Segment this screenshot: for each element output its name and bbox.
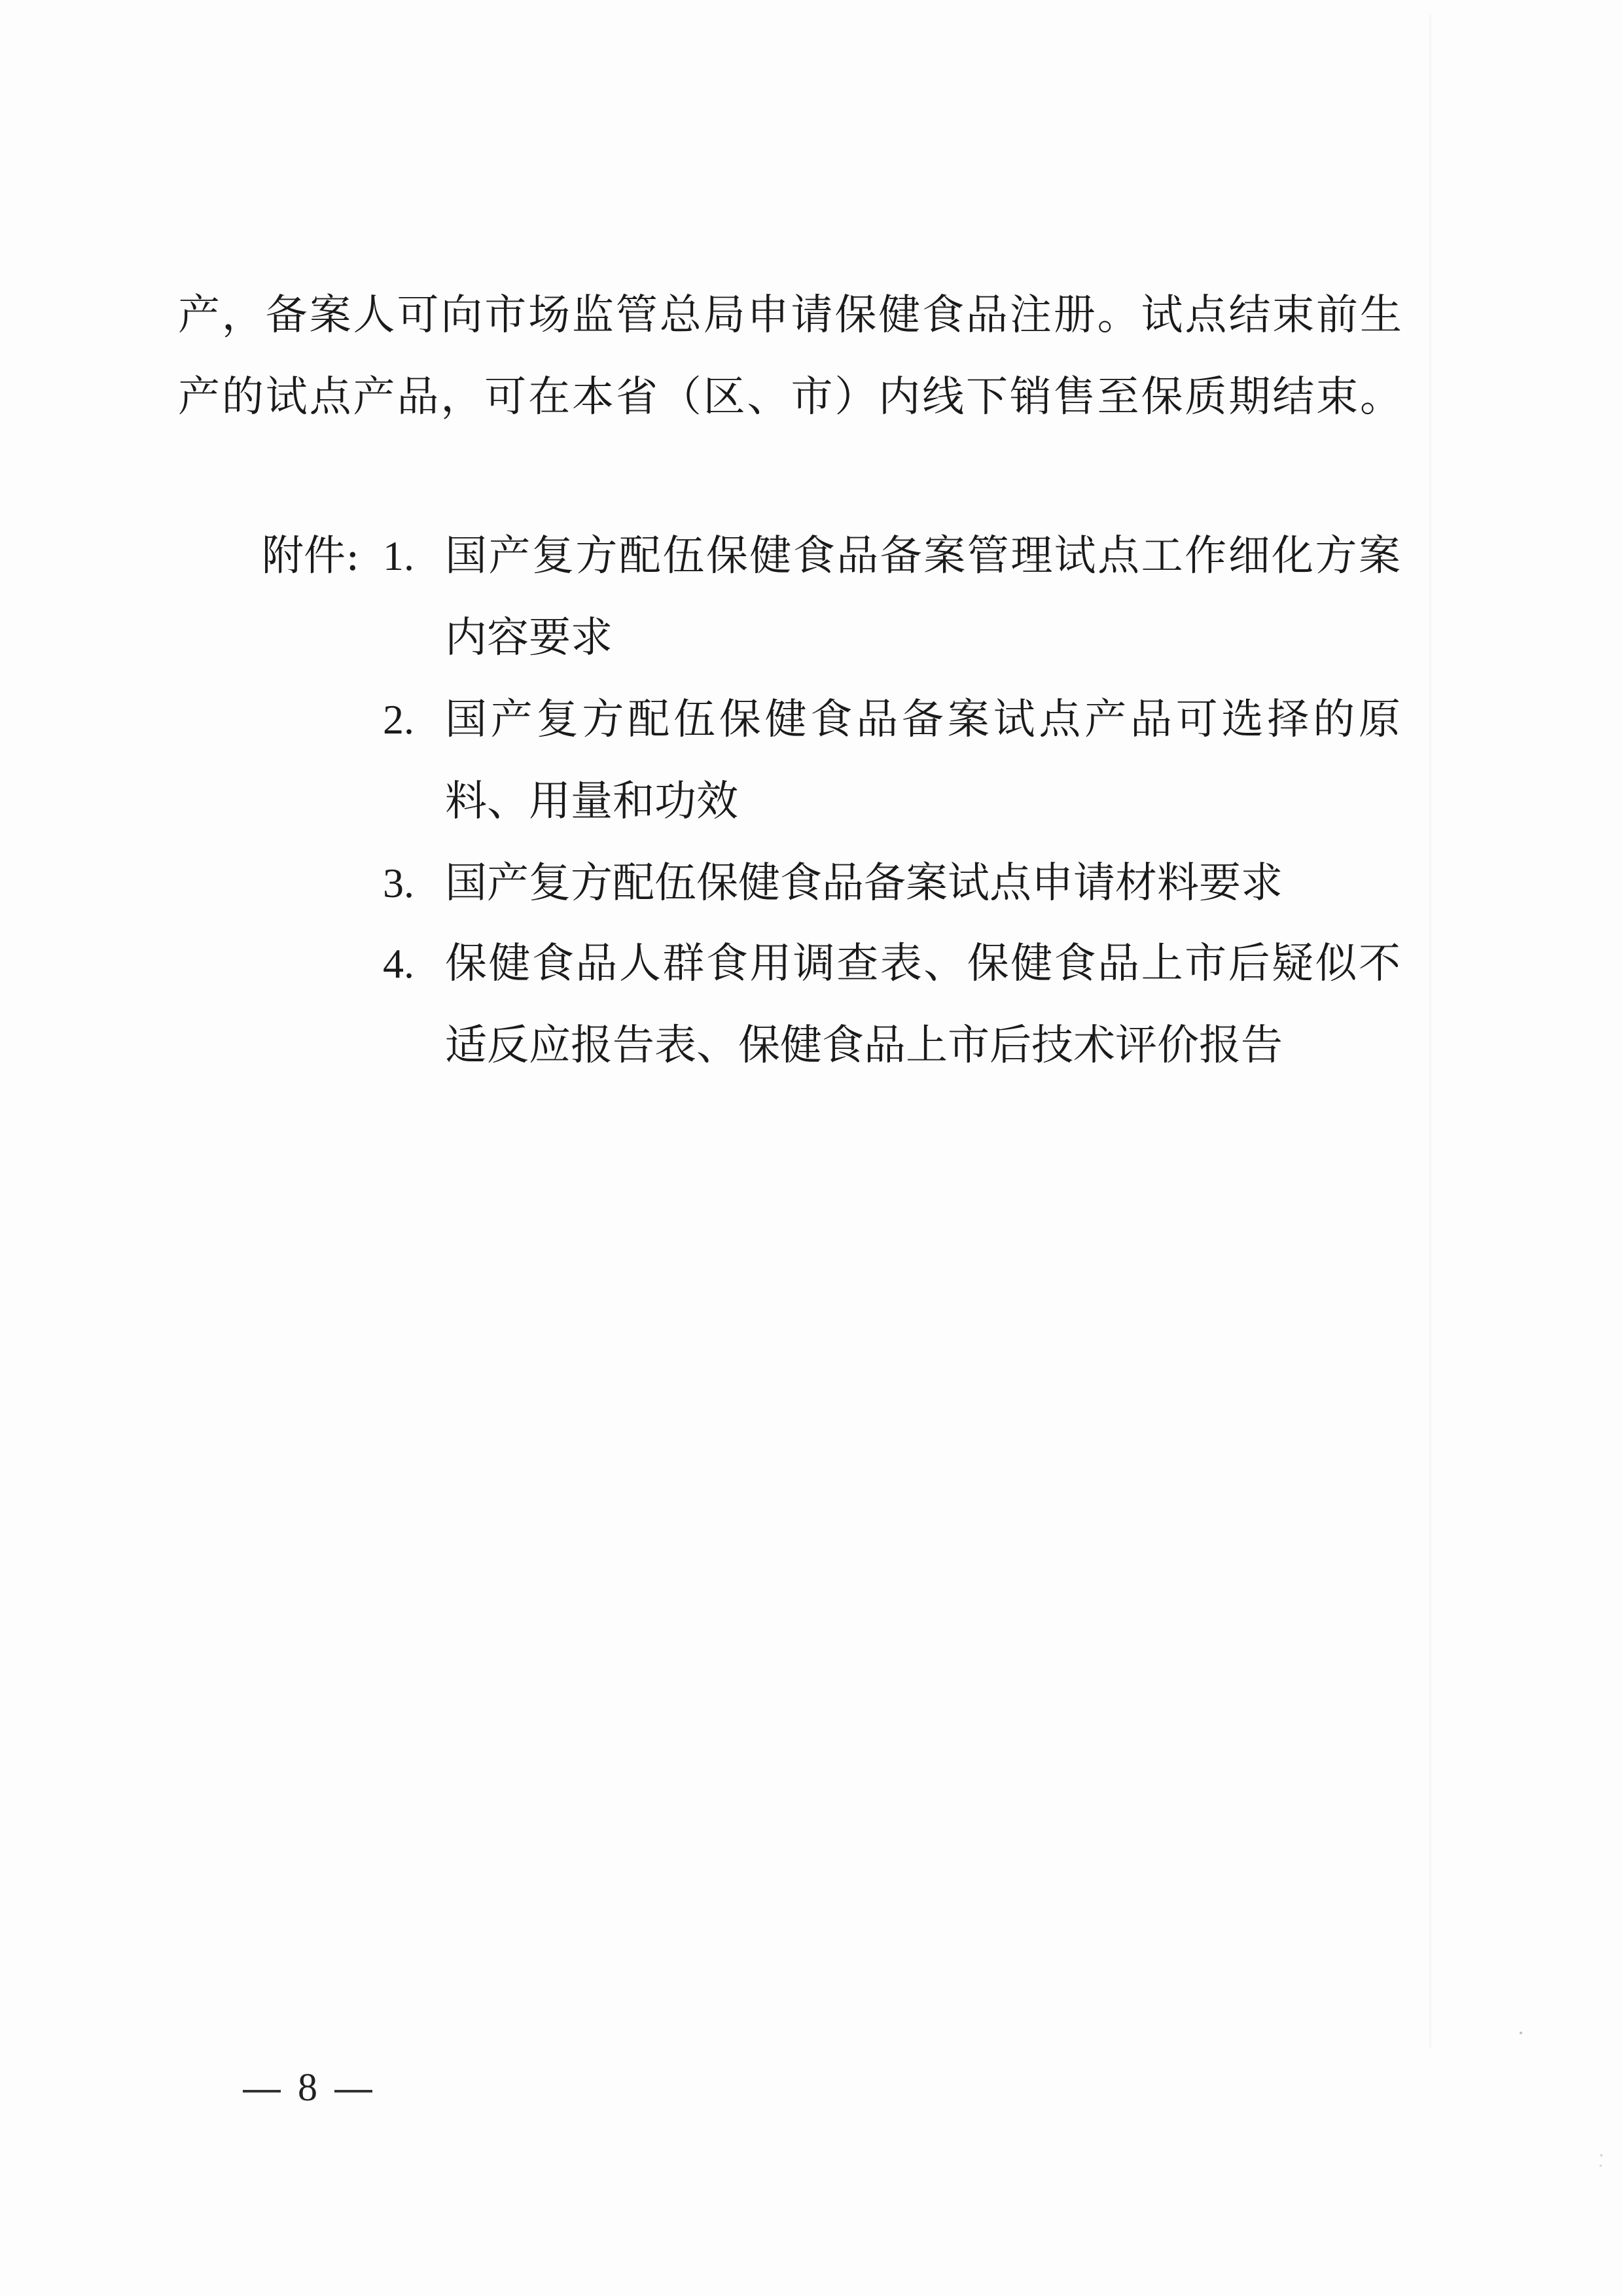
attachment-2-number: 2. <box>383 690 414 749</box>
attachments-label: 附件: <box>262 527 360 586</box>
scan-speck <box>1600 2154 1603 2157</box>
body-paragraph-line-1: 产，备案人可向市场监管总局申请保健食品注册。试点结束前生 <box>178 286 1402 345</box>
page-number-left-dash <box>243 2090 281 2093</box>
attachment-2-title-line-1: 国产复方配伍保健食品备案试点产品可选择的原 <box>445 690 1400 749</box>
attachment-4-number: 4. <box>383 934 414 993</box>
scan-edge-line <box>1429 13 1432 2048</box>
attachment-2-title-line-2: 料、用量和功效 <box>445 772 738 831</box>
scan-speck <box>1520 2032 1522 2034</box>
attachment-4-title-line-1: 保健食品人群食用调查表、保健食品上市后疑似不 <box>445 934 1400 993</box>
attachment-3-title-line-1: 国产复方配伍保健食品备案试点申请材料要求 <box>445 854 1283 913</box>
attachment-4-title-line-2: 适反应报告表、保健食品上市后技术评价报告 <box>445 1016 1283 1075</box>
body-paragraph-line-2: 产的试点产品，可在本省（区、市）内线下销售至保质期结束。 <box>178 368 1402 427</box>
page-number-footer: 8 <box>226 2061 389 2113</box>
document-page: 产，备案人可向市场监管总局申请保健食品注册。试点结束前生 产的试点产品，可在本省… <box>0 0 1623 2296</box>
attachment-1-title-line-2: 内容要求 <box>445 609 613 667</box>
attachment-3-number: 3. <box>383 854 414 913</box>
attachment-1-number: 1. <box>383 527 414 586</box>
attachment-1-title-line-1: 国产复方配伍保健食品备案管理试点工作细化方案 <box>445 527 1400 586</box>
page-number-right-dash <box>334 2090 372 2093</box>
scan-speck <box>1599 2164 1602 2167</box>
page-number: 8 <box>298 2066 317 2109</box>
